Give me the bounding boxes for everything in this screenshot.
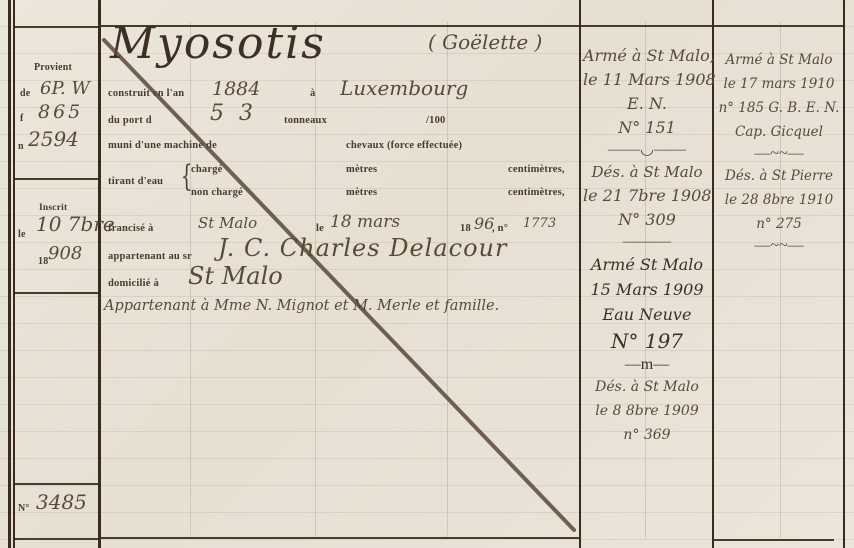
draught-label: tirant d'eau [108, 176, 163, 187]
footer-rule [15, 538, 98, 540]
frame-line [8, 0, 11, 548]
built-at-label: à [310, 88, 315, 99]
owner-name: J. C. Charles Delacour [218, 234, 507, 262]
unloaded-centimetres-label: centimètres, [508, 187, 565, 198]
unloaded-metres-label: mètres [346, 187, 377, 198]
owner-label: appartenant au sr [108, 251, 192, 262]
entry-line: Dés. à St Malo [583, 160, 711, 184]
inscrit-date: 10 7bre [36, 212, 115, 236]
entry-line: N° 151 [583, 116, 711, 140]
hundredths-label: /100 [426, 115, 445, 126]
entry-line: le 8 8bre 1909 [583, 399, 711, 423]
section-rule [15, 292, 98, 294]
folio-label: f [20, 113, 24, 124]
entry-line: Eau Neuve [583, 302, 711, 327]
loaded-label: chargé [191, 164, 223, 175]
registered-at-place: St Malo [198, 214, 257, 232]
tonneaux-label: tonneaux [284, 115, 327, 126]
entry-line: le 21 7bre 1908 [583, 184, 711, 208]
header-rule [15, 26, 98, 28]
entry-line: n° 185 G. B. E. N. [715, 96, 843, 120]
folio-value: 865 [38, 101, 83, 123]
domicile-place: St Malo [188, 262, 283, 290]
header-rule [714, 25, 843, 27]
registered-no: 1773 [523, 216, 556, 231]
entry-line: N° 309 [583, 208, 711, 232]
number-label: n [18, 141, 24, 152]
entry-line: le 28 8bre 1910 [715, 188, 843, 212]
entry-line: 15 Mars 1909 [583, 277, 711, 302]
inscrit-year: 908 [48, 243, 82, 264]
unloaded-label: non chargé [191, 187, 243, 198]
entry-line: Dés. à St Malo [583, 375, 711, 399]
registered-no-label: , n° [492, 223, 508, 234]
entry-line: Dés. à St Pierre [715, 164, 843, 188]
provenance-value: 6P. W [40, 78, 90, 99]
separator-flourish: —m— [583, 355, 711, 375]
footer-rule [101, 537, 579, 539]
rule-line [315, 22, 316, 538]
entry-line: Armé St Malo [583, 252, 711, 277]
entry-line: n° 369 [583, 423, 711, 447]
header-rule [581, 25, 712, 27]
inscrit-year-prefix: 18 [38, 256, 48, 267]
registered-at-label: francisé à [108, 223, 153, 234]
registered-year-prefix: 18 [460, 223, 471, 234]
footer-rule [714, 539, 834, 541]
de-label: de [20, 88, 30, 99]
loaded-centimetres-label: centimètres, [508, 164, 565, 175]
entry-line: le 17 mars 1910 [715, 72, 843, 96]
tonnage-label: du port d [108, 115, 152, 126]
domicile-label: domicilié à [108, 278, 159, 289]
register-no-value: 3485 [36, 490, 87, 514]
section-rule [15, 178, 98, 180]
entry-line: N° 197 [583, 327, 711, 355]
registered-date: 18 mars [330, 212, 400, 232]
frame-line [13, 0, 15, 548]
engine-label: muni d'une machine de [108, 140, 217, 151]
built-year: 1884 [212, 78, 260, 100]
movement-column-4: Armé à St Malo le 17 mars 1910 n° 185 G.… [715, 48, 843, 256]
entry-line: n° 275 [715, 212, 843, 236]
entry-line: le 11 Mars 1908 [583, 68, 711, 92]
built-place: Luxembourg [340, 76, 468, 100]
entry-line: Cap. Gicquel [715, 120, 843, 144]
ship-type: ( Goëlette ) [428, 30, 542, 54]
registry-page: Provient de 6P. W f 865 n 2594 Inscrit l… [0, 0, 854, 548]
entry-line: Armé à St Malo [715, 48, 843, 72]
separator-flourish: —~~— [715, 144, 843, 164]
frame-line [843, 0, 845, 548]
frame-line [579, 0, 581, 548]
number-value: 2594 [28, 127, 79, 151]
registered-on-label: le [316, 223, 324, 234]
separator-flourish: ——— [583, 232, 711, 252]
section-rule [15, 483, 98, 485]
ownership-note: Appartenant à Mme N. Mignot et M. Merle … [104, 298, 499, 314]
ship-name: Myosotis [110, 18, 326, 69]
tonnage-value: 5 3 [210, 101, 257, 126]
built-year-label: construit en l'an [108, 88, 184, 99]
inscrit-le-label: le [18, 229, 26, 240]
horsepower-label: chevaux (force effectuée) [346, 140, 462, 151]
movement-column-3: Armé à St Malo, le 11 Mars 1908 E. N. N°… [583, 44, 711, 447]
provient-label: Provient [34, 62, 72, 73]
entry-line: E. N. [583, 92, 711, 116]
frame-line [98, 0, 101, 548]
separator-flourish: —~~— [715, 236, 843, 256]
separator-flourish: ——◡—— [583, 140, 711, 160]
entry-line: Armé à St Malo, [583, 44, 711, 68]
loaded-metres-label: mètres [346, 164, 377, 175]
register-no-label: N° [18, 503, 30, 514]
